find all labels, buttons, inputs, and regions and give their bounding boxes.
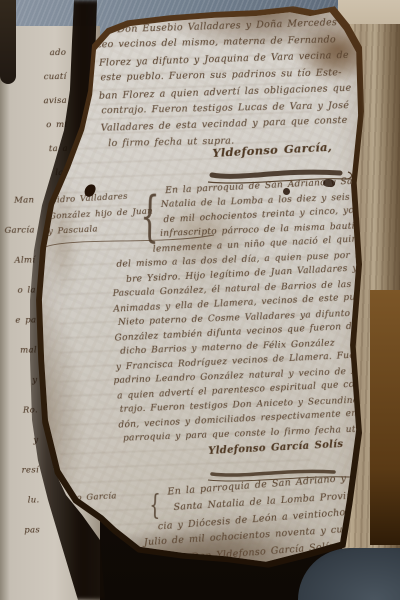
fragment: Almí: [1, 245, 36, 276]
ink-blot: [203, 560, 208, 566]
wood-table-edge: [370, 290, 400, 545]
fragment: pas: [6, 515, 41, 546]
fragment: o mi: [3, 113, 67, 138]
fragment: Man: [0, 185, 35, 216]
fragment: García: [1, 215, 36, 246]
manuscript-photo: ado cuatí avisa o mi ta a las Man García…: [0, 0, 400, 600]
fragment: lu.: [5, 485, 40, 516]
fragment: resí: [5, 455, 40, 486]
fragment: ado: [2, 41, 66, 66]
fragment: avisa: [3, 89, 67, 114]
fragment: cuatí: [2, 65, 66, 90]
previous-entry-text: de Don Eusebio Valladares y Doña Mercede…: [97, 15, 365, 153]
